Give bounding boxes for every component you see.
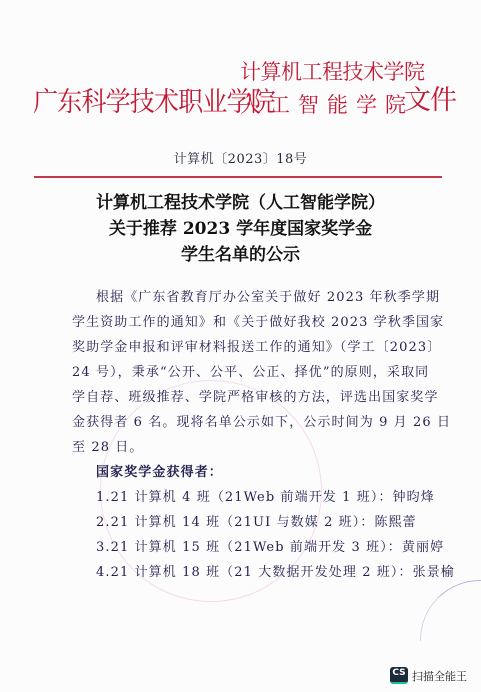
org-document-suffix: 文件 <box>404 78 456 117</box>
org-main-name: 广东科学技术职业学院 <box>33 80 275 119</box>
camscanner-logo-icon: CS <box>390 667 408 684</box>
winner-item: 3.21 计算机 15 班（21Web 前端开发 3 班）：黄丽婷 <box>96 536 444 555</box>
org-sub-name-line1: 计算机工程技术学院 <box>240 56 425 86</box>
document-number: 计算机〔2023〕18号 <box>0 148 481 167</box>
body-line: 学自荐、班级推荐、学院严格审核的方法，评选出国家奖学 <box>72 386 439 405</box>
winners-heading: 国家奖学金获得者： <box>96 461 223 480</box>
winner-item: 2.21 计算机 14 班（21UI 与数媒 2 班）：陈熙蕾 <box>96 511 417 530</box>
scanner-watermark: CS 扫描全能王 <box>390 667 467 684</box>
body-line: 根据《广东省教育厅办公室关于做好 2023 年秋季学期 <box>96 286 440 305</box>
header-divider <box>34 176 442 178</box>
title-line-2: 关于推荐 2023 学年度国家奖学金 <box>0 214 481 239</box>
document-page: 广东科学技术职业学院 计算机工程技术学院 人工智能学院 文件 计算机〔2023〕… <box>0 0 481 692</box>
signature-stroke <box>420 580 481 641</box>
winner-item: 1.21 计算机 4 班（21Web 前端开发 1 班）：钟昀烽 <box>96 486 435 505</box>
org-sub-name-line2: 人工智能学院 <box>240 89 414 119</box>
body-line: 24 号），秉承“公开、公平、公正、择优”的原则，采取同 <box>72 361 429 380</box>
watermark-label: 扫描全能王 <box>412 668 467 684</box>
winner-item: 4.21 计算机 18 班（21 大数据开发处理 2 班）：张景榆 <box>96 561 455 580</box>
body-line: 至 28 日。 <box>72 436 144 455</box>
title-line-1: 计算机工程技术学院（人工智能学院） <box>0 188 481 213</box>
body-line: 金获得者 6 名。现将名单公示如下，公示时间为 9 月 26 日 <box>72 411 451 430</box>
body-line: 奖助学金申报和评审材料报送工作的通知》（学工〔2023〕 <box>72 336 441 355</box>
title-line-3: 学生名单的公示 <box>0 240 481 265</box>
body-line: 学生资助工作的通知》和《关于做好我校 2023 学秋季国家 <box>72 311 444 330</box>
